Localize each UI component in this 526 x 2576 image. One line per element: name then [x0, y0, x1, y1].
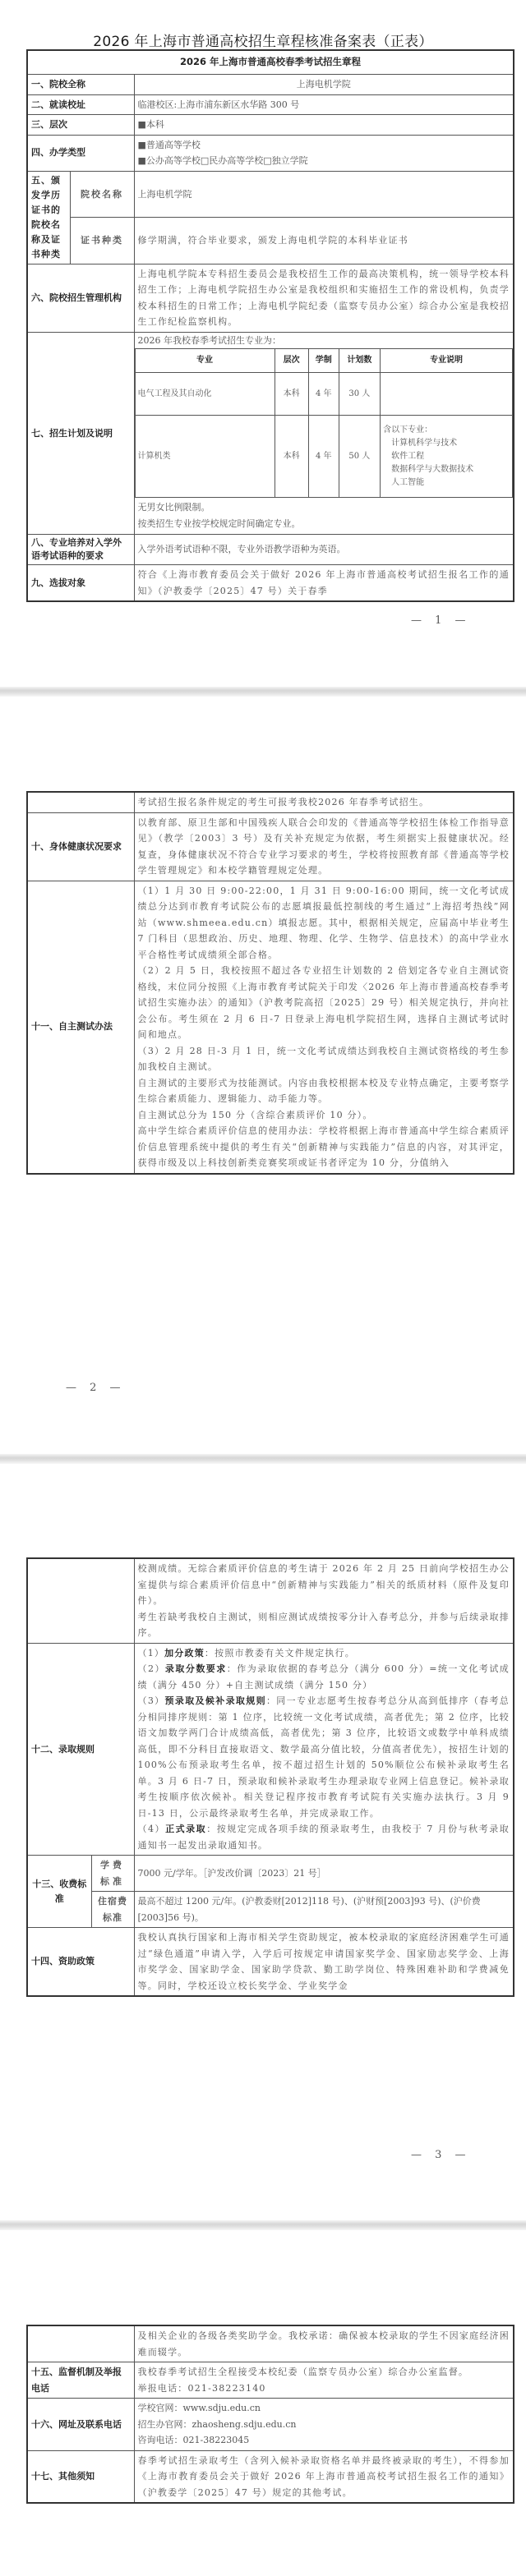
row-language-requirement: 八、专业培养对入学外语考试语种的要求 入学外语考试语种不限，专业外语教学语种为英…	[27, 535, 514, 565]
filing-table-page-3: 校测成绩。无综合素质评价信息的考生请于 2026 年 2 月 25 日前向学校招…	[26, 1557, 514, 1997]
label-tuition: 学费标准	[91, 1856, 134, 1892]
row-self-test-cont: 校测成绩。无综合素质评价信息的考生请于 2026 年 2 月 25 日前向学校招…	[27, 1558, 514, 1643]
label-self-test: 十一、自主测试办法	[27, 881, 134, 1174]
self-test-format: 自主测试的主要形式为技能测试。内容由我校根据本校及专业特点确定，主要考察学生综合…	[138, 1075, 510, 1107]
filing-table-page-2: 考试招生报名条件规定的考生可报考我校2026 年春季考试招生。 十、身体健康状况…	[26, 791, 514, 1175]
plan-years: 4 年	[308, 373, 339, 416]
col-plan: 计划数	[339, 349, 381, 373]
rule-pre-admission: （3）预录取及候补录取规则：同一专业志愿考生按春考总分从高到低排序（春考总分相同…	[138, 1693, 510, 1821]
row-school-type: 四、办学类型 ■普通高等学校 ■公办高等学校□民办高等学校□独立学院	[27, 135, 514, 171]
label-empty	[27, 792, 134, 812]
value-school-name: 上海电机学院	[134, 75, 514, 95]
row-health-requirement: 十、身体健康状况要求 以教育部、原卫生部和中国残疾人联合会印发的《普通高等学校招…	[27, 812, 514, 881]
value-level: ■本科	[134, 115, 514, 136]
row-financial-aid: 十四、资助政策 我校认真执行国家和上海市相关学生资助规定，被本校录取的家庭经济困…	[27, 1928, 514, 1997]
label-health-requirement: 十、身体健康状况要求	[27, 812, 134, 881]
rule-text: ：同一专业志愿考生按春考总分从高到低排序（春考总分相同排序规则：第 1 位序，比…	[138, 1695, 510, 1819]
label-cert-school-name: 院校名称	[70, 171, 134, 218]
col-major: 专业	[135, 349, 275, 373]
row-selection-target: 九、选拔对象 符合《上海市教育委员会关于做好 2026 年上海市普通高校考试招生…	[27, 565, 514, 602]
value-selection-target-part-2: 考试招生报名条件规定的考生可报考我校2026 年春季考试招生。	[134, 792, 514, 812]
value-self-test-cont: 校测成绩。无综合素质评价信息的考生请于 2026 年 2 月 25 日前向学校招…	[134, 1558, 514, 1643]
plan-level: 本科	[275, 373, 308, 416]
self-test-step-3: （3）2 月 28 日-3 月 1 日，统一文化考试成绩达到我校自主测试资格线的…	[138, 1043, 510, 1075]
plan-note-item: 软件工程	[383, 450, 510, 463]
rule-title: 预录取及候补录取规则	[165, 1695, 266, 1706]
row-certificate-type: 证书种类 修学期满，符合毕业要求，颁发上海电机学院的本科毕业证书	[27, 218, 514, 264]
self-test-absence: 考生若缺考我校自主测试，则相应测试成绩按零分计入春考总分，并参与后续录取排序。	[138, 1609, 510, 1641]
value-campus-address: 临港校区:上海市浦东新区水华路 300 号	[134, 94, 514, 115]
table-header-row: 2026 年上海市普通高校春季考试招生章程	[27, 50, 514, 75]
school-type-line-2: ■公办高等学校□民办高等学校□独立学院	[138, 153, 510, 169]
rule-title: 录取分数要求	[165, 1663, 227, 1674]
row-fees-tuition: 十三、收费标准 学费标准 7000 元/学年。［沪发改价调〔2023〕21 号］	[27, 1856, 514, 1892]
self-test-step-2: （2）2 月 5 日，我校按照不超过各专业招生计划数的 2 倍划定各专业自主测试…	[138, 963, 510, 1043]
value-enrollment-plan: 2026 年我校春季考试招生专业为： 专业 层次 学制 计划数 专业说明 电气工…	[134, 332, 514, 535]
page-1: 2026 年上海市普通高校招生章程核准备案表（正表） 2026 年上海市普通高校…	[0, 0, 526, 688]
rule-number: （1）	[138, 1648, 165, 1658]
school-type-line-1: ■普通高等学校	[138, 137, 510, 154]
row-admission-rules: 十二、录取规则 （1）加分政策：按照市教委有关文件规定执行。 （2）录取分数要求…	[27, 1643, 514, 1856]
plan-table: 专业 层次 学制 计划数 专业说明 电气工程及其自动化 本科 4 年 30 人	[135, 348, 514, 498]
row-campus-address: 二、就读校址 临港校区:上海市浦东新区水华路 300 号	[27, 94, 514, 115]
label-empty	[27, 2325, 134, 2362]
label-empty	[27, 1558, 134, 1643]
row-other-notes: 十七、其他须知 春季考试招生录取考生（含列入候补录取资格名单并最终被录取的考生）…	[27, 2450, 514, 2503]
value-school-type: ■普通高等学校 ■公办高等学校□民办高等学校□独立学院	[134, 135, 514, 171]
filing-table-page-1: 2026 年上海市普通高校春季考试招生章程 一、院校全称 上海电机学院 二、就读…	[26, 49, 514, 602]
label-school-type: 四、办学类型	[27, 135, 134, 171]
plan-notes: 无男女比例限制。 按类招生专业按学校规定时间确定专业。	[135, 498, 514, 534]
label-level: 三、层次	[27, 115, 134, 136]
page-number-2: — 2 —	[66, 1382, 126, 1394]
value-dorm: 最高不超过 1200 元/年。(沪教委财[2012]118 号)、(沪财预[20…	[134, 1892, 514, 1928]
plan-table-header: 专业 层次 学制 计划数 专业说明	[135, 349, 513, 373]
plan-count: 50 人	[339, 416, 381, 498]
rule-number: （4）	[138, 1824, 166, 1834]
value-cert-type: 修学期满，符合毕业要求，颁发上海电机学院的本科毕业证书	[134, 218, 514, 264]
value-contact: 学校官网：www.sdju.edu.cn 招生办官网：zhaosheng.sdj…	[134, 2399, 514, 2451]
rule-title: 正式录取	[165, 1824, 206, 1834]
rule-formal-admission: （4）正式录取：按规定完成各项手续的预录取考生，由我校于 7 月份与秋考录取通知…	[138, 1821, 510, 1853]
label-other-notes: 十七、其他须知	[27, 2450, 134, 2503]
label-dorm: 住宿费标准	[91, 1892, 134, 1928]
row-fees-dorm: 住宿费标准 最高不超过 1200 元/年。(沪教委财[2012]118 号)、(…	[27, 1892, 514, 1928]
row-level: 三、层次 ■本科	[27, 115, 514, 136]
label-supervision: 十五、监督机制及举报电话	[27, 2362, 134, 2399]
page-divider	[0, 687, 526, 697]
row-self-test: 十一、自主测试办法 （1）1 月 30 日 9:00-22:00，1 月 31 …	[27, 881, 514, 1174]
value-cert-school-name: 上海电机学院	[134, 171, 514, 218]
plan-note-item: 计算机科学与技术	[383, 437, 510, 450]
label-campus-address: 二、就读校址	[27, 94, 134, 115]
row-supervision: 十五、监督机制及举报电话 我校春季考试招生全程接受本校纪委（监察专员办公室）综合…	[27, 2362, 514, 2399]
rule-score: （2）录取分数要求：作为录取依据的春考总分（满分 600 分）=统一文化考试成绩…	[138, 1661, 510, 1693]
school-website-link[interactable]: 学校官网：www.sdju.edu.cn	[138, 2400, 510, 2417]
rule-title: 加分政策	[164, 1648, 205, 1658]
self-test-score: 自主测试总分为 150 分（含综合素质评价 10 分）。	[138, 1107, 510, 1124]
row-admissions-office: 六、院校招生管理机构 上海电机学院本专科招生委员会是我校招生工作的最高决策机构，…	[27, 264, 514, 332]
value-financial-aid-part-1: 我校认真执行国家和上海市相关学生资助规定，被本校录取的家庭经济困难学生可通过“绿…	[134, 1928, 514, 1997]
page-2: 考试招生报名条件规定的考生可报考我校2026 年春季考试招生。 十、身体健康状况…	[0, 697, 526, 1456]
plan-major: 电气工程及其自动化	[135, 373, 275, 416]
plan-note-item: 人工智能	[383, 476, 510, 490]
rule-bonus: （1）加分政策：按照市教委有关文件规定执行。	[138, 1645, 510, 1662]
row-school-name: 一、院校全称 上海电机学院	[27, 75, 514, 95]
label-fees: 十三、收费标准	[27, 1856, 91, 1928]
plan-note-gender: 无男女比例限制。	[138, 499, 510, 516]
report-hotline: 举报电话：021-38223140	[138, 2380, 510, 2397]
label-contact: 十六、网址及联系电话	[27, 2399, 134, 2451]
plan-major: 计算机类	[135, 416, 275, 498]
label-admissions-office: 六、院校招生管理机构	[27, 264, 134, 332]
admissions-website-link[interactable]: 招生办官网：zhaosheng.sdju.edu.cn	[138, 2417, 510, 2433]
table-header: 2026 年上海市普通高校春季考试招生章程	[27, 50, 514, 75]
page-3: 校测成绩。无综合素质评价信息的考生请于 2026 年 2 月 25 日前向学校招…	[0, 1464, 526, 2222]
value-other-notes: 春季考试招生录取考生（含列入候补录取资格名单并最终被录取的考生），不得参加《上海…	[134, 2450, 514, 2503]
plan-count: 30 人	[339, 373, 381, 416]
label-language-requirement: 八、专业培养对入学外语考试语种的要求	[27, 535, 134, 565]
self-test-materials: 校测成绩。无综合素质评价信息的考生请于 2026 年 2 月 25 日前向学校招…	[138, 1561, 510, 1609]
col-note: 专业说明	[381, 349, 513, 373]
plan-note-title: 含以下专业：	[383, 424, 510, 437]
row-enrollment-plan: 七、招生计划及说明 2026 年我校春季考试招生专业为： 专业 层次 学制 计划…	[27, 332, 514, 535]
page-divider	[0, 2220, 526, 2230]
plan-intro: 2026 年我校春季考试招生专业为：	[135, 333, 514, 349]
row-certificate-name: 五、颁发学历证书的院校名称及证书种类 院校名称 上海电机学院	[27, 171, 514, 218]
rule-number: （2）	[138, 1663, 165, 1674]
plan-note	[381, 373, 513, 416]
page-4: 及相关企业的各级各类奖助学金。我校承诺：确保被本校录取的学生不因家庭经济困难而辍…	[0, 2230, 526, 2576]
value-selection-target-part-1: 符合《上海市教育委员会关于做好 2026 年上海市普通高校考试招生报名工作的通知…	[134, 565, 514, 602]
col-years: 学制	[308, 349, 339, 373]
value-admissions-office: 上海电机学院本专科招生委员会是我校招生工作的最高决策机构，统一领导学校本科招生工…	[134, 264, 514, 332]
plan-row: 电气工程及其自动化 本科 4 年 30 人	[135, 373, 513, 416]
self-test-step-1: （1）1 月 30 日 9:00-22:00，1 月 31 日 9:00-16:…	[138, 883, 510, 964]
label-admission-rules: 十二、录取规则	[27, 1643, 134, 1856]
page-number-3: — 3 —	[411, 2149, 471, 2161]
self-test-evaluation: 高中学生综合素质评价信息的使用办法：学校将根据上海市普通高中学生综合素质评价信息…	[138, 1123, 510, 1171]
rule-number: （3）	[138, 1695, 165, 1706]
rule-text: ：按照市教委有关文件规定执行。	[205, 1648, 355, 1658]
consult-phone: 咨询电话：021-38223045	[138, 2432, 510, 2449]
document-title: 2026 年上海市普通高校招生章程核准备案表（正表）	[0, 30, 526, 50]
plan-level: 本科	[275, 416, 308, 498]
row-contact: 十六、网址及联系电话 学校官网：www.sdju.edu.cn 招生办官网：zh…	[27, 2399, 514, 2451]
label-school-name: 一、院校全称	[27, 75, 134, 95]
row-financial-aid-cont: 及相关企业的各级各类奖助学金。我校承诺：确保被本校录取的学生不因家庭经济困难而辍…	[27, 2325, 514, 2362]
label-certificate: 五、颁发学历证书的院校名称及证书种类	[27, 171, 70, 264]
page-divider	[0, 1454, 526, 1464]
value-health-requirement: 以教育部、原卫生部和中国残疾人联合会印发的《普通高等学校招生体检工作指导意见》（…	[134, 812, 514, 881]
plan-row: 计算机类 本科 4 年 50 人 含以下专业： 计算机科学与技术 软件工程 数据…	[135, 416, 513, 498]
value-tuition: 7000 元/学年。［沪发改价调〔2023〕21 号］	[134, 1856, 514, 1892]
page-number-1: — 1 —	[411, 614, 471, 627]
value-self-test: （1）1 月 30 日 9:00-22:00，1 月 31 日 9:00-16:…	[134, 881, 514, 1174]
plan-years: 4 年	[308, 416, 339, 498]
label-selection-target: 九、选拔对象	[27, 565, 134, 602]
supervision-text: 我校春季考试招生全程接受本校纪委（监察专员办公室）综合办公室监督。	[138, 2364, 510, 2380]
col-level: 层次	[275, 349, 308, 373]
value-admission-rules: （1）加分政策：按照市教委有关文件规定执行。 （2）录取分数要求：作为录取依据的…	[134, 1643, 514, 1856]
label-cert-type: 证书种类	[70, 218, 134, 264]
plan-note-category: 按类招生专业按学校规定时间确定专业。	[138, 516, 510, 532]
value-financial-aid-part-2: 及相关企业的各级各类奖助学金。我校承诺：确保被本校录取的学生不因家庭经济困难而辍…	[134, 2325, 514, 2362]
value-language-requirement: 入学外语考试语种不限，专业外语教学语种为英语。	[134, 535, 514, 565]
filing-table-page-4: 及相关企业的各级各类奖助学金。我校承诺：确保被本校录取的学生不因家庭经济困难而辍…	[26, 2325, 514, 2504]
label-enrollment-plan: 七、招生计划及说明	[27, 332, 134, 535]
value-supervision: 我校春季考试招生全程接受本校纪委（监察专员办公室）综合办公室监督。 举报电话：0…	[134, 2362, 514, 2399]
row-selection-target-cont: 考试招生报名条件规定的考生可报考我校2026 年春季考试招生。	[27, 792, 514, 812]
plan-note: 含以下专业： 计算机科学与技术 软件工程 数据科学与大数据技术 人工智能	[381, 416, 513, 498]
label-financial-aid: 十四、资助政策	[27, 1928, 134, 1997]
plan-note-item: 数据科学与大数据技术	[383, 463, 510, 476]
